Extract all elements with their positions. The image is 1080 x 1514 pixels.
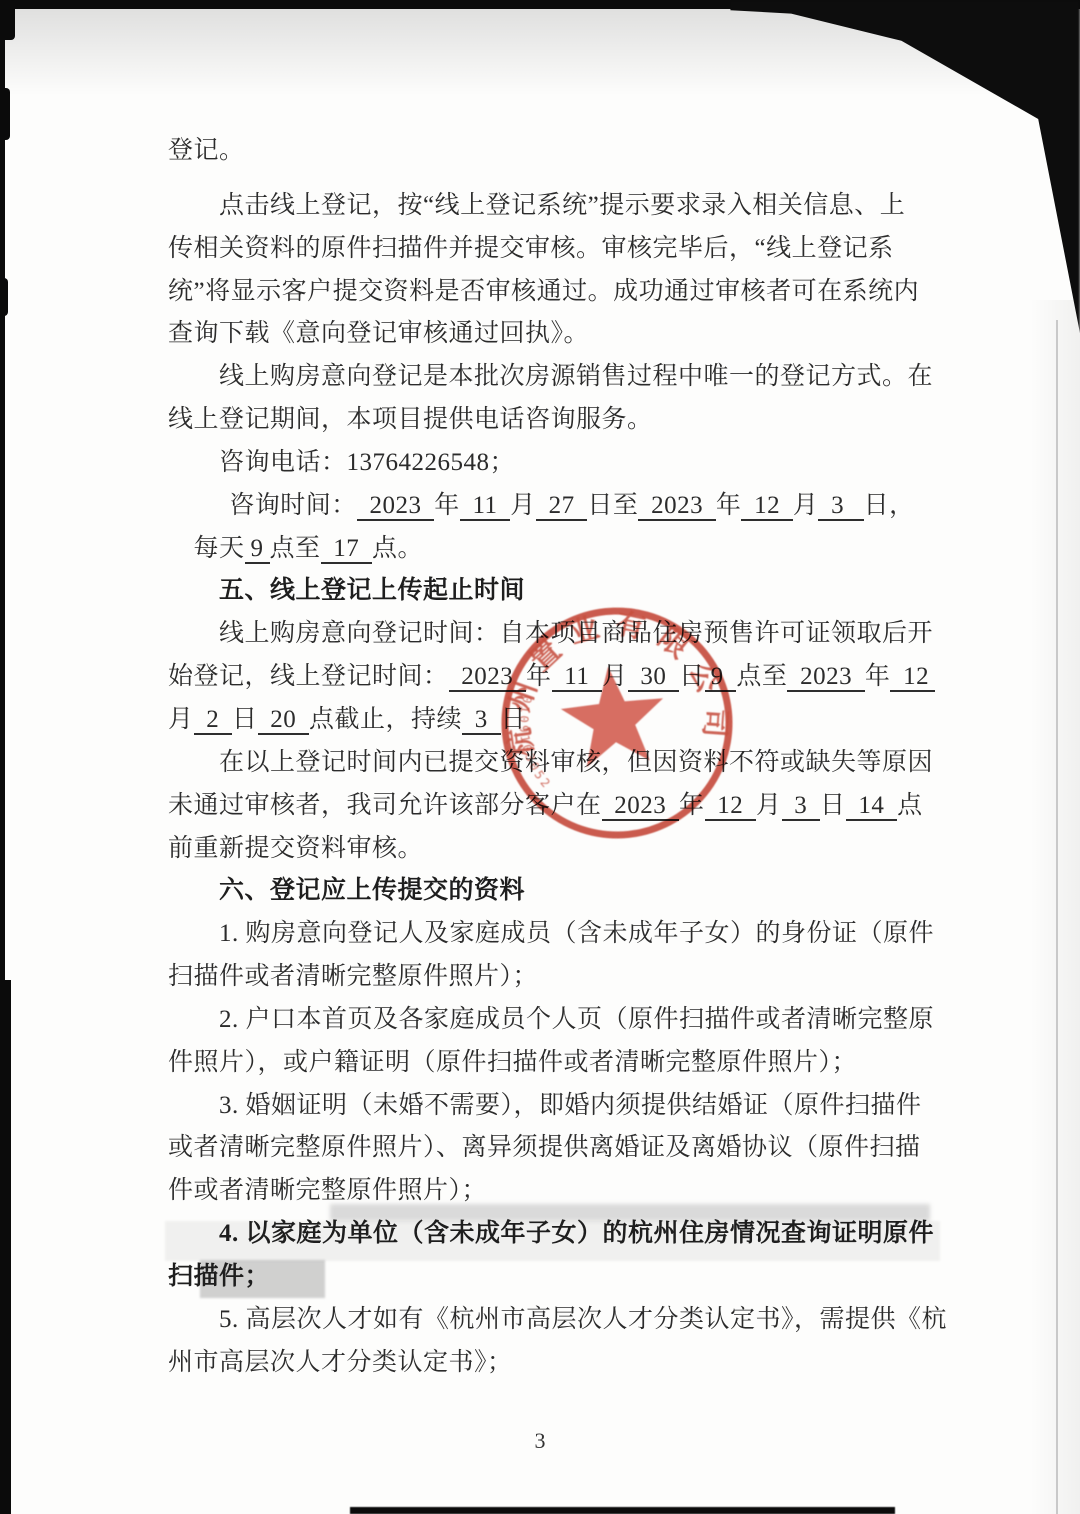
scan-edge-blob [0, 0, 15, 40]
doc-text-segment: 六、登记应上传提交的资料 [219, 877, 525, 904]
doc-line-bold: 六、登记应上传提交的资料 [168, 870, 958, 913]
doc-text-segment: 线上登记期间，本项目提供电话咨询服务。 [168, 406, 653, 433]
underlined-blank-value: 2023 [787, 663, 865, 692]
scanned-document-page: { "page": { "number": "3" }, "colors": {… [0, 0, 1080, 1514]
doc-text-segment: 点截止，持续 [309, 706, 462, 733]
doc-text-segment: 州市高层次人才分类认定书》； [168, 1349, 513, 1376]
underlined-blank-value: 17 [321, 535, 373, 564]
underlined-blank-value: 12 [890, 663, 935, 692]
doc-text-segment: 日至 [587, 492, 638, 519]
doc-text-segment: 件照片），或户籍证明（原件扫描件或者清晰完整原件照片）； [168, 1049, 857, 1076]
underlined-blank-value: 3 [782, 792, 821, 821]
doc-line: 州市高层次人才分类认定书》； [168, 1342, 958, 1385]
doc-text-segment: 每天 [194, 535, 245, 562]
doc-text-segment: 年 [865, 663, 891, 690]
doc-text-segment: 日 [820, 792, 846, 819]
doc-text-segment: 前重新提交资料审核。 [168, 835, 423, 862]
doc-line: 统”将显示客户提交资料是否审核通过。成功通过审核者可在系统内 [168, 271, 958, 314]
doc-line: 点击线上登记，按“线上登记系统”提示要求录入相关信息、上 [168, 185, 958, 228]
underlined-blank-value: 27 [536, 492, 588, 521]
doc-line: 登记。 [168, 130, 958, 173]
underlined-blank-value: 2023 [638, 492, 716, 521]
doc-line: 3. 婚姻证明（未婚不需要），即婚内须提供结婚证（原件扫描件 [168, 1085, 958, 1128]
doc-text-segment: 件或者清晰完整原件照片）； [168, 1177, 487, 1204]
underlined-blank-value: 3 [818, 492, 863, 521]
doc-line: 查询下载《意向登记审核通过回执》。 [168, 313, 958, 356]
doc-text-segment: 查询下载《意向登记审核通过回执》。 [168, 320, 589, 347]
doc-line: 1. 购房意向登记人及家庭成员（含未成年子女）的身份证（原件 [168, 913, 958, 956]
doc-line: 咨询时间： 2023 年 11 月 27 日至 2023 年 12 月 3 日， [168, 485, 958, 528]
doc-line: 2. 户口本首页及各家庭成员个人页（原件扫描件或者清晰完整原 [168, 999, 958, 1042]
doc-text-segment: 2. 户口本首页及各家庭成员个人页（原件扫描件或者清晰完整原 [219, 1006, 934, 1033]
underlined-blank-value: 14 [846, 792, 898, 821]
doc-line: 线上购房意向登记是本批次房源销售过程中唯一的登记方式。在 [168, 356, 958, 399]
doc-line: 扫描件或者清晰完整原件照片）； [168, 956, 958, 999]
doc-text-segment: 年 [434, 492, 460, 519]
doc-text-segment: 月 [793, 492, 819, 519]
underlined-blank-value: 12 [741, 492, 793, 521]
doc-text-segment: 点。 [372, 535, 423, 562]
underlined-blank-value: 20 [258, 706, 310, 735]
doc-text-segment: 咨询电话：13764226548； [219, 449, 515, 476]
doc-text-segment: 登记。 [168, 137, 245, 164]
doc-text-segment: 咨询时间： [229, 492, 357, 519]
seal-star-icon [557, 661, 669, 769]
doc-text-segment: 始登记，线上登记时间： [168, 663, 449, 690]
doc-text-segment: 年 [716, 492, 742, 519]
doc-text-segment: 4. 以家庭为单位（含未成年子女）的杭州住房情况查询证明原件 [219, 1220, 934, 1247]
doc-line-bold: 4. 以家庭为单位（含未成年子女）的杭州住房情况查询证明原件 [168, 1213, 958, 1256]
doc-text-segment: 月 [756, 792, 782, 819]
doc-text-segment: 传相关资料的原件扫描件并提交审核。审核完毕后，“线上登记系 [168, 235, 894, 262]
scan-edge-left-lower [0, 980, 11, 1514]
doc-text-segment: 五、线上登记上传起止时间 [219, 577, 525, 604]
doc-line: 件照片），或户籍证明（原件扫描件或者清晰完整原件照片）； [168, 1042, 958, 1085]
doc-line: 传相关资料的原件扫描件并提交审核。审核完毕后，“线上登记系 [168, 228, 958, 271]
doc-text-segment: 1. 购房意向登记人及家庭成员（含未成年子女）的身份证（原件 [219, 920, 934, 947]
underlined-blank-value: 9 [245, 535, 270, 564]
doc-text-segment: 3. 婚姻证明（未婚不需要），即婚内须提供结婚证（原件扫描件 [219, 1092, 922, 1119]
doc-text-segment: 月 [168, 706, 194, 733]
company-seal-stamp: 杭州置业有限公司 0109103052 [482, 588, 752, 858]
doc-text-segment: 日， [864, 492, 915, 519]
doc-text-segment: 5. 高层次人才如有《杭州市高层次人才分类认定书》，需提供《杭 [219, 1306, 947, 1333]
doc-line: 5. 高层次人才如有《杭州市高层次人才分类认定书》，需提供《杭 [168, 1299, 958, 1342]
doc-line: 咨询电话：13764226548； [168, 442, 958, 485]
doc-line: 件或者清晰完整原件照片）； [168, 1170, 958, 1213]
page-number: 3 [0, 1428, 1080, 1454]
scan-edge-bottom [350, 1507, 895, 1514]
scan-edge-blob [0, 88, 10, 140]
underlined-blank-value: 11 [460, 492, 511, 521]
doc-text-segment: 点击线上登记，按“线上登记系统”提示要求录入相关信息、上 [219, 192, 905, 219]
scan-edge-blob [0, 278, 8, 316]
doc-text-segment: 月 [510, 492, 536, 519]
doc-line: 线上登记期间，本项目提供电话咨询服务。 [168, 399, 958, 442]
doc-text-segment: 日 [232, 706, 258, 733]
doc-line: 每天9点至 17 点。 [168, 528, 958, 571]
scan-shadow-right [1030, 300, 1080, 1514]
doc-text-segment: 扫描件或者清晰完整原件照片）； [168, 963, 538, 990]
page-edge-line [1056, 320, 1058, 1514]
doc-line-bold: 扫描件； [168, 1256, 958, 1299]
doc-text-segment: 点至 [736, 663, 787, 690]
underlined-blank-value: 2 [194, 706, 233, 735]
underlined-blank-value: 2023 [357, 492, 435, 521]
doc-text-segment: 统”将显示客户提交资料是否审核通过。成功通过审核者可在系统内 [168, 278, 919, 305]
doc-text-segment: 线上购房意向登记是本批次房源销售过程中唯一的登记方式。在 [219, 363, 933, 390]
doc-line: 或者清晰完整原件照片）、离异须提供离婚证及离婚协议（原件扫描 [168, 1127, 958, 1170]
doc-text-segment: 扫描件； [168, 1263, 270, 1290]
doc-text-segment: 或者清晰完整原件照片）、离异须提供离婚证及离婚协议（原件扫描 [168, 1134, 921, 1161]
doc-text-segment: 点至 [270, 535, 321, 562]
doc-text-segment: 点 [897, 792, 923, 819]
